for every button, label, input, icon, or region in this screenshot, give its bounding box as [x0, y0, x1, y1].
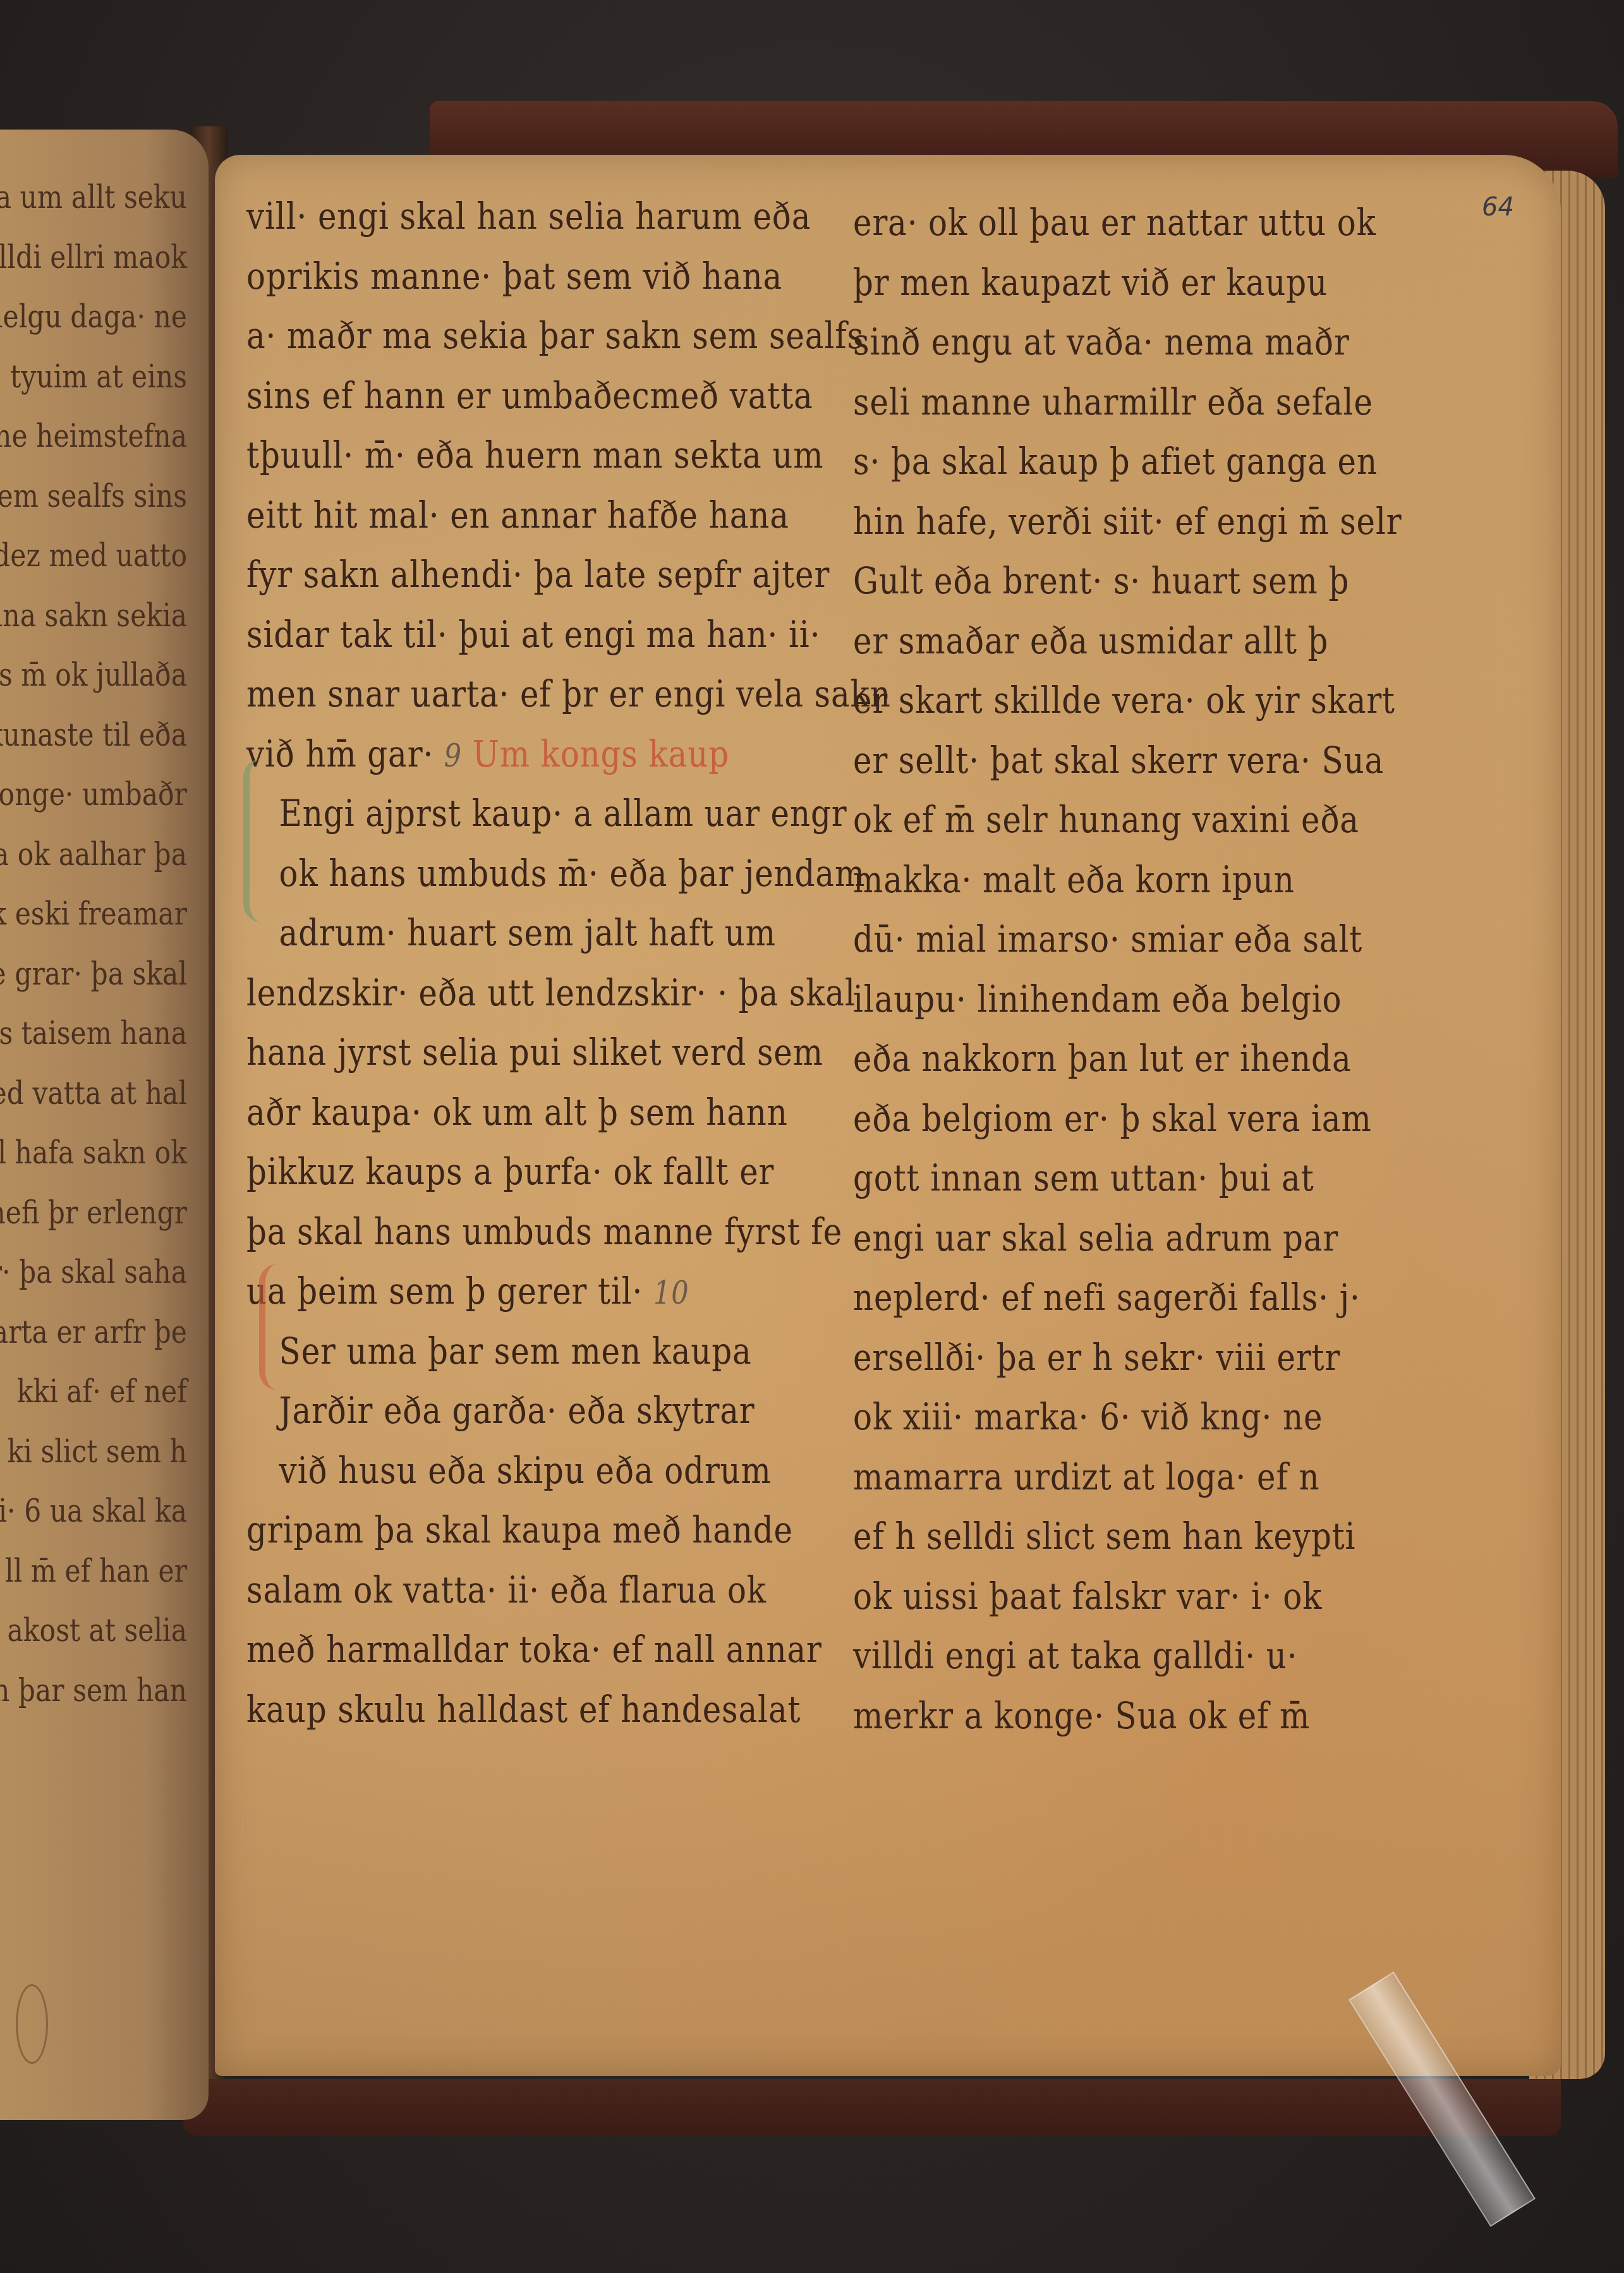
verso-line: kunaste til eða — [0, 705, 209, 765]
text-line: við husu eða skipu eða odrum — [246, 1441, 736, 1501]
verso-line: a akost at selia — [0, 1601, 209, 1661]
verso-line: kki af· ef nef — [0, 1362, 209, 1422]
text-line: vill· engi skal han selia harum eða — [246, 186, 736, 246]
verso-line: i· 6 ua skal ka — [0, 1481, 209, 1541]
text-line: gripam þa skal kaupa með hande — [246, 1500, 736, 1560]
text-line: þa skal hans umbuds manne fyrst fe — [246, 1202, 736, 1262]
verso-line: er illdi ellri maok — [0, 227, 209, 288]
text-line: þikkuz kaups a þurfa· ok fallt er — [246, 1142, 736, 1202]
verso-line: ls m̄ ok jullaða — [0, 645, 209, 705]
text-line: gott innan sem uttan· þui at — [853, 1148, 1342, 1208]
text-line: sins ef hann er umbaðecmeð vatta — [246, 366, 736, 426]
verso-page: a um allt seku er illdi ellri maok helgu… — [0, 130, 209, 2120]
verso-line: a um allt seku — [0, 167, 209, 227]
text-column-a: vill· engi skal han selia harum eða opri… — [246, 186, 815, 1739]
text-line: villdi engi at taka galldi· u· — [853, 1626, 1342, 1686]
verso-line: a sem sealfs sins — [0, 466, 209, 526]
decorated-initial-green — [243, 758, 275, 923]
verso-line: er· þa skal saha — [0, 1242, 209, 1302]
text-line: ok uissi þaat falskr var· i· ok — [853, 1567, 1342, 1627]
text-line: er sellt· þat skal skerr vera· Sua — [853, 730, 1342, 791]
text-line: fyr sakn alhendi· þa late sepfr ajter — [246, 545, 736, 605]
text-line: eða belgiom er· þ skal vera iam — [853, 1089, 1342, 1149]
verso-line: ki slict sem h — [0, 1422, 209, 1482]
text-line: hin hafe, verði siit· ef engi m̄ selr — [853, 492, 1342, 552]
verso-line: a ok aalhar þa — [0, 825, 209, 885]
verso-line: tyuim at eins — [0, 347, 209, 407]
text-line: men snar uarta· ef þr er engi vela sakn — [246, 664, 736, 724]
text-line-with-number: ua þeim sem þ gerer til· 10 — [246, 1261, 736, 1321]
text-line: oprikis manne· þat sem við hana — [246, 246, 736, 306]
text-line: sidar tak til· þui at engi ma han· ii· — [246, 605, 736, 665]
text-column-b: era· ok oll þau er nattar uttu ok þr men… — [853, 193, 1422, 1745]
text-line: dū· mial imarso· smiar eða salt — [853, 909, 1342, 969]
verso-line: ans taisem hana — [0, 1003, 209, 1064]
verso-line: e sina sakn sekia — [0, 586, 209, 646]
verso-line: ll m̄ ef han er — [0, 1541, 209, 1601]
verso-line: umbadez med uatto — [0, 526, 209, 586]
text-line: salam ok vatta· ii· eða flarua ok — [246, 1560, 736, 1620]
text-line: Engi ajprst kaup· a allam uar engr — [246, 784, 736, 844]
text-line: neplerd· ef nefi sagerði falls· j· — [853, 1268, 1342, 1328]
verso-line: ef nefi þr erlengr — [0, 1183, 209, 1243]
folio-number: 64 — [1482, 193, 1514, 222]
text-line: ersellði· þa er h sekr· viii ertr — [853, 1328, 1342, 1388]
verso-line: ok eski freamar — [0, 884, 209, 944]
text-line: kaup skulu halldast ef handesalat — [246, 1680, 736, 1740]
text-line: makka· malt eða korn ipun — [853, 850, 1342, 910]
verso-line: kal hafa sakn ok — [0, 1123, 209, 1183]
text-line: ef h selldi slict sem han keypti — [853, 1506, 1342, 1567]
text-line: er smaðar eða usmidar allt þ — [853, 611, 1342, 671]
text-fragment: ua þeim sem þ gerer til· — [246, 1270, 643, 1312]
text-line: merkr a konge· Sua ok ef m̄ — [853, 1686, 1342, 1746]
text-line: með harmalldar toka· ef nall annar — [246, 1620, 736, 1680]
text-line: adrum· huart sem jalt haft um — [246, 903, 736, 963]
text-line: aðr kaupa· ok um alt þ sem hann — [246, 1082, 736, 1143]
verso-line: n þar sem han — [0, 1661, 209, 1721]
text-line: a· maðr ma sekia þar sakn sem sealfs — [246, 306, 736, 366]
text-line: þr men kaupazt við er kaupu — [853, 253, 1342, 313]
text-line: seli manne uharmillr eða sefale — [853, 372, 1342, 432]
text-line: mamarra urdizt at loga· ef n — [853, 1447, 1342, 1507]
margin-number: 10 — [653, 1275, 689, 1311]
verso-line: varta er arfr þe — [0, 1302, 209, 1362]
verso-line: konge· umbaðr — [0, 765, 209, 825]
text-line: lendzskir· eða utt lendzskir· · þa skal — [246, 963, 736, 1023]
text-line: eða nakkorn þan lut er ihenda — [853, 1029, 1342, 1089]
text-line-with-rubric: við hm̄ gar· 9 Um kongs kaup — [246, 724, 736, 784]
recto-page: vill· engi skal han selia harum eða opri… — [215, 155, 1561, 2076]
verso-line: helgu daga· ne — [0, 287, 209, 347]
text-line: sinð engu at vaða· nema maðr — [853, 312, 1342, 372]
text-line: ilaupu· linihendam eða belgio — [853, 969, 1342, 1029]
verso-line: ine heimstefna — [0, 406, 209, 466]
decorated-initial-red — [259, 1264, 291, 1390]
margin-number: 9 — [444, 737, 462, 774]
verso-line: ðe grar· þa skal — [0, 944, 209, 1004]
rubric-heading: Um kongs kaup — [473, 732, 729, 775]
parchment-hole — [16, 1984, 48, 2064]
text-line: Jarðir eða garða· eða skytrar — [246, 1381, 736, 1441]
book-cover-bottom — [183, 2079, 1561, 2136]
text-line: engi uar skal selia adrum par — [853, 1208, 1342, 1268]
text-line: s· þa skal kaup þ afiet ganga en — [853, 432, 1342, 492]
text-line: hana jyrst selia pui sliket verd sem — [246, 1022, 736, 1082]
text-line: era· ok oll þau er nattar uttu ok — [853, 193, 1342, 253]
verso-line: ed vatta at hal — [0, 1064, 209, 1124]
text-line: eitt hit mal· en annar hafðe hana — [246, 485, 736, 545]
text-line: tþuull· m̄· eða huern man sekta um — [246, 425, 736, 485]
text-line: ok xiii· marka· 6· við kng· ne — [853, 1387, 1342, 1447]
verso-text-column: a um allt seku er illdi ellri maok helgu… — [0, 167, 209, 1720]
text-line: er skart skillde vera· ok yir skart — [853, 670, 1342, 730]
text-line: Gult eða brent· s· huart sem þ — [853, 551, 1342, 611]
text-line: ok hans umbuds m̄· eða þar jendam — [246, 844, 736, 904]
text-line: ok ef m̄ selr hunang vaxini eða — [853, 790, 1342, 850]
text-line: Ser uma þar sem men kaupa — [246, 1321, 736, 1381]
